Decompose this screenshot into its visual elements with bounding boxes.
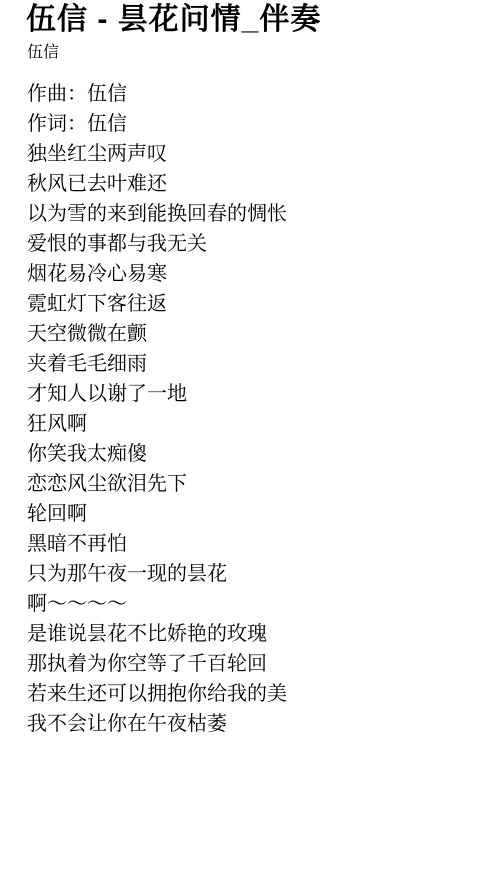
credit-line: 作词：伍信 [26, 109, 480, 139]
lyric-line: 秋风已去叶难还 [26, 169, 480, 199]
lyric-line: 烟花易冷心易寒 [26, 259, 480, 289]
lyrics-page: 伍信 - 昙花问情_伴奏 伍信 作曲：伍信作词：伍信 独坐红尘两声叹秋风已去叶难… [0, 0, 500, 880]
lyric-line: 才知人以谢了一地 [26, 379, 480, 409]
lyric-line: 我不会让你在午夜枯萎 [26, 709, 480, 739]
credits-list: 作曲：伍信作词：伍信 [26, 79, 480, 139]
page-content: 伍信 - 昙花问情_伴奏 伍信 作曲：伍信作词：伍信 独坐红尘两声叹秋风已去叶难… [0, 0, 500, 739]
lyric-line: 以为雪的来到能换回春的惆怅 [26, 199, 480, 229]
artist-name: 伍信 [27, 44, 480, 62]
lyric-line: 是谁说昙花不比娇艳的玫瑰 [26, 619, 480, 649]
lyric-line: 天空微微在颤 [26, 319, 480, 349]
lyric-line: 夹着毛毛细雨 [26, 349, 480, 379]
lyric-line: 独坐红尘两声叹 [26, 139, 480, 169]
lyric-line: 那执着为你空等了千百轮回 [26, 649, 480, 679]
lyric-line: 啊～～～～ [26, 589, 480, 619]
lyric-line: 你笑我太痴傻 [26, 439, 480, 469]
page-title: 伍信 - 昙花问情_伴奏 [26, 4, 480, 35]
lyric-line: 轮回啊 [26, 499, 480, 529]
credit-line: 作曲：伍信 [26, 79, 480, 109]
lyrics-list: 独坐红尘两声叹秋风已去叶难还以为雪的来到能换回春的惆怅爱恨的事都与我无关烟花易冷… [26, 139, 480, 739]
lyric-line: 若来生还可以拥抱你给我的美 [26, 679, 480, 709]
lyric-line: 恋恋风尘欲泪先下 [26, 469, 480, 499]
lyric-line: 只为那午夜一现的昙花 [26, 559, 480, 589]
lyric-line: 霓虹灯下客往返 [26, 289, 480, 319]
lyric-line: 黑暗不再怕 [26, 529, 480, 559]
lyric-line: 狂风啊 [26, 409, 480, 439]
lyric-line: 爱恨的事都与我无关 [26, 229, 480, 259]
